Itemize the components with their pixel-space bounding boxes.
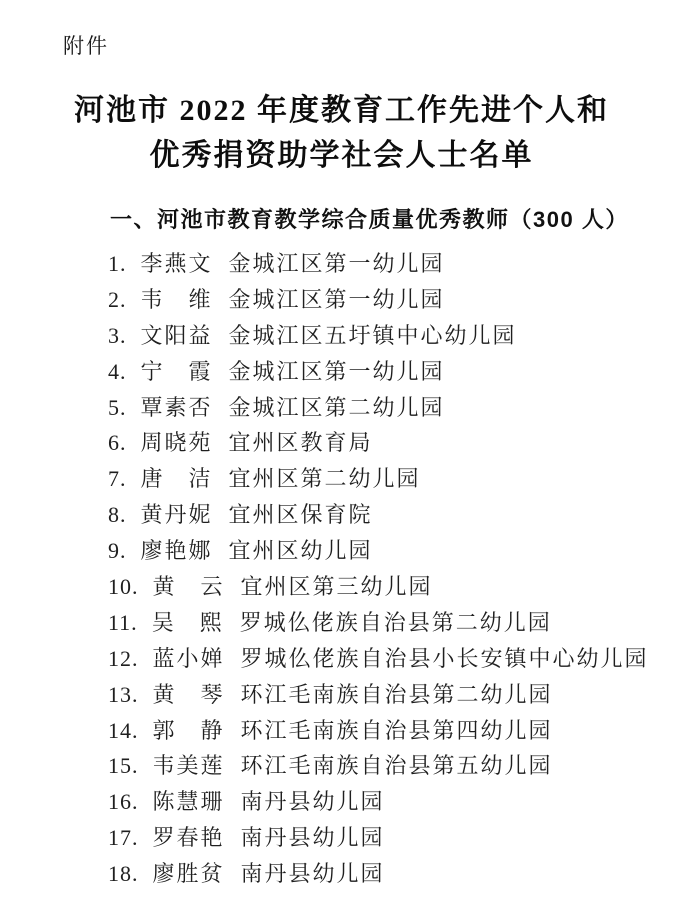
teacher-list: 1.李燕文金城江区第一幼儿园2.韦 维金城江区第一幼儿园3.文阳益金城江区五圩镇… xyxy=(108,246,648,892)
list-item: 12.蓝小婵罗城仫佬族自治县小长安镇中心幼儿园 xyxy=(108,641,648,677)
list-item-name: 廖胜贫 xyxy=(153,856,225,892)
list-item-organization: 金城江区第二幼儿园 xyxy=(229,390,445,426)
list-item-name: 黄丹妮 xyxy=(141,497,213,533)
list-item-number: 13. xyxy=(108,677,139,713)
list-item-name: 罗春艳 xyxy=(153,820,225,856)
list-item-organization: 南丹县幼儿园 xyxy=(241,856,385,892)
list-item-organization: 环江毛南族自治县第二幼儿园 xyxy=(241,677,553,713)
list-item-number: 14. xyxy=(108,713,139,749)
list-item: 8.黄丹妮宜州区保育院 xyxy=(108,497,648,533)
list-item-name: 陈慧珊 xyxy=(153,784,225,820)
list-item-name: 韦 维 xyxy=(141,282,213,318)
list-item: 5.覃素否金城江区第二幼儿园 xyxy=(108,390,648,426)
list-item-number: 17. xyxy=(108,820,139,856)
document-title-line2: 优秀捐资助学社会人士名单 xyxy=(0,133,683,178)
list-item-organization: 宜州区幼儿园 xyxy=(229,533,373,569)
list-item: 10.黄 云宜州区第三幼儿园 xyxy=(108,569,648,605)
list-item-number: 7. xyxy=(108,461,127,497)
list-item-name: 郭 静 xyxy=(153,713,225,749)
list-item-number: 11. xyxy=(108,605,138,641)
document-page: 附件 河池市 2022 年度教育工作先进个人和 优秀捐资助学社会人士名单 一、河… xyxy=(0,0,683,897)
list-item: 13.黄 琴环江毛南族自治县第二幼儿园 xyxy=(108,677,648,713)
list-item-number: 9. xyxy=(108,533,127,569)
list-item-name: 李燕文 xyxy=(141,246,213,282)
list-item-number: 1. xyxy=(108,246,127,282)
list-item-number: 15. xyxy=(108,748,139,784)
list-item-name: 唐 洁 xyxy=(141,461,213,497)
list-item-organization: 环江毛南族自治县第五幼儿园 xyxy=(241,748,553,784)
list-item-organization: 罗城仫佬族自治县第二幼儿园 xyxy=(240,605,552,641)
list-item-number: 16. xyxy=(108,784,139,820)
list-item-name: 文阳益 xyxy=(141,318,213,354)
list-item-number: 3. xyxy=(108,318,127,354)
list-item-number: 2. xyxy=(108,282,127,318)
list-item-organization: 金城江区五圩镇中心幼儿园 xyxy=(229,318,517,354)
list-item-number: 5. xyxy=(108,390,127,426)
list-item: 2.韦 维金城江区第一幼儿园 xyxy=(108,282,648,318)
list-item-name: 韦美莲 xyxy=(153,748,225,784)
list-item-name: 黄 云 xyxy=(153,569,225,605)
section-heading: 一、河池市教育教学综合质量优秀教师（300 人） xyxy=(110,203,629,234)
list-item: 1.李燕文金城江区第一幼儿园 xyxy=(108,246,648,282)
list-item: 14.郭 静环江毛南族自治县第四幼儿园 xyxy=(108,713,648,749)
list-item-name: 宁 霞 xyxy=(141,354,213,390)
list-item: 11.吴 熙罗城仫佬族自治县第二幼儿园 xyxy=(108,605,648,641)
list-item: 17.罗春艳南丹县幼儿园 xyxy=(108,820,648,856)
list-item: 18.廖胜贫南丹县幼儿园 xyxy=(108,856,648,892)
list-item-name: 廖艳娜 xyxy=(141,533,213,569)
list-item-organization: 宜州区第二幼儿园 xyxy=(229,461,421,497)
list-item-organization: 宜州区保育院 xyxy=(229,497,373,533)
list-item: 9.廖艳娜宜州区幼儿园 xyxy=(108,533,648,569)
list-item-organization: 南丹县幼儿园 xyxy=(241,820,385,856)
list-item: 15.韦美莲环江毛南族自治县第五幼儿园 xyxy=(108,748,648,784)
list-item: 7.唐 洁宜州区第二幼儿园 xyxy=(108,461,648,497)
list-item-organization: 宜州区教育局 xyxy=(229,425,373,461)
list-item-number: 6. xyxy=(108,425,127,461)
list-item-organization: 金城江区第一幼儿园 xyxy=(229,354,445,390)
list-item-number: 8. xyxy=(108,497,127,533)
attachment-label: 附件 xyxy=(63,30,109,60)
list-item-organization: 金城江区第一幼儿园 xyxy=(229,282,445,318)
document-title-line1: 河池市 2022 年度教育工作先进个人和 xyxy=(0,88,683,133)
list-item-name: 覃素否 xyxy=(141,390,213,426)
document-title: 河池市 2022 年度教育工作先进个人和 优秀捐资助学社会人士名单 xyxy=(0,88,683,178)
list-item: 3.文阳益金城江区五圩镇中心幼儿园 xyxy=(108,318,648,354)
list-item-number: 12. xyxy=(108,641,139,677)
list-item-organization: 南丹县幼儿园 xyxy=(241,784,385,820)
list-item-name: 吴 熙 xyxy=(152,605,224,641)
list-item-name: 蓝小婵 xyxy=(153,641,225,677)
list-item-number: 10. xyxy=(108,569,139,605)
list-item-number: 18. xyxy=(108,856,139,892)
list-item: 16.陈慧珊南丹县幼儿园 xyxy=(108,784,648,820)
list-item-name: 周晓苑 xyxy=(141,425,213,461)
list-item-organization: 宜州区第三幼儿园 xyxy=(241,569,433,605)
list-item: 4.宁 霞金城江区第一幼儿园 xyxy=(108,354,648,390)
list-item-number: 4. xyxy=(108,354,127,390)
list-item-organization: 环江毛南族自治县第四幼儿园 xyxy=(241,713,553,749)
list-item-organization: 罗城仫佬族自治县小长安镇中心幼儿园 xyxy=(241,641,649,677)
list-item-organization: 金城江区第一幼儿园 xyxy=(229,246,445,282)
list-item: 6.周晓苑宜州区教育局 xyxy=(108,425,648,461)
list-item-name: 黄 琴 xyxy=(153,677,225,713)
